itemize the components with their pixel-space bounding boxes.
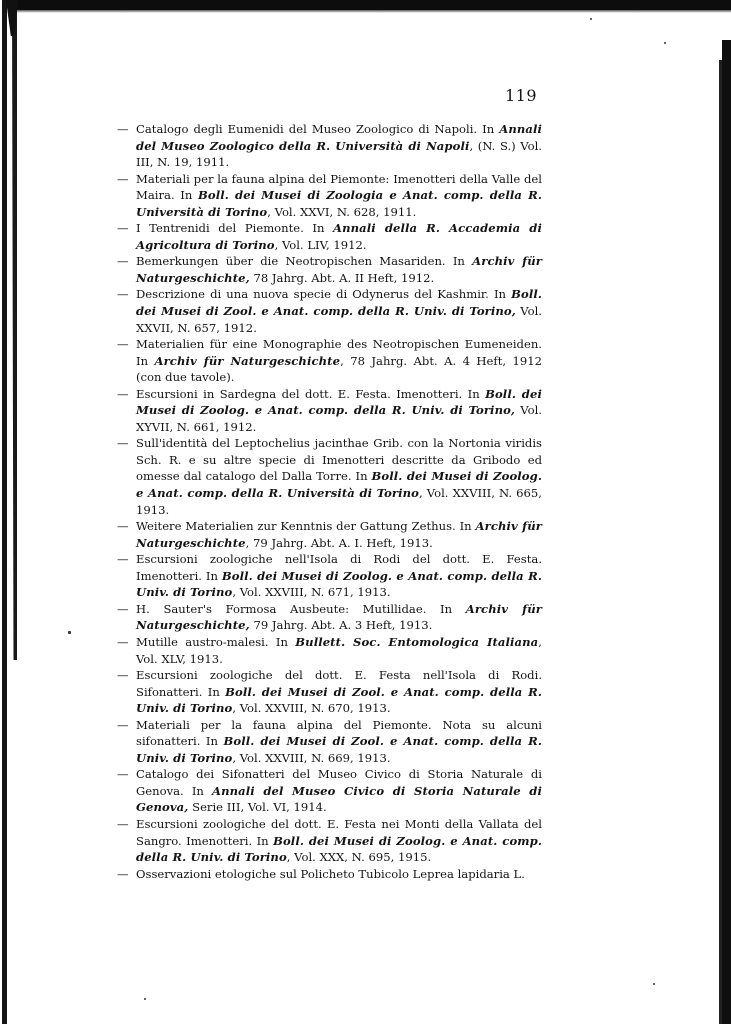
bibliography-entry: —Mutille austro-malesi. In Bullett. Soc.… [117, 634, 542, 667]
entry-text: , Vol. XXVIII, N. 671, 1913. [232, 585, 390, 599]
entry-text: Weitere Materialien zur Kenntnis der Gat… [136, 519, 476, 533]
entry-text: Serie III, Vol. VI, 1914. [188, 800, 326, 814]
entry-text: H. Sauter's Formosa Ausbeute: Mutillidae… [136, 602, 466, 616]
entry-text: Bemerkungen über die Neotropischen Masar… [136, 254, 472, 268]
bibliography-entry: —I Tentrenidi del Piemonte. In Annali de… [117, 220, 542, 253]
bibliography-entry: —Weitere Materialien zur Kenntnis der Ga… [117, 518, 542, 551]
entry-dash: — [117, 286, 129, 303]
entry-text: Descrizione di una nuova specie di Odyne… [136, 287, 511, 301]
entry-dash: — [117, 766, 129, 783]
entry-text: Mutille austro-malesi. In [136, 635, 295, 649]
entry-text: , Vol. XXVIII, N. 670, 1913. [232, 701, 390, 715]
page-number: 119 [505, 86, 537, 105]
entry-dash: — [117, 717, 129, 734]
bibliography-entry: —Escursioni zoologiche del dott. E. Fest… [117, 816, 542, 866]
bibliography-entry: —Materialien für eine Monographie des Ne… [117, 336, 542, 386]
entry-text: 79 Jahrg. Abt. A. 3 Heft, 1913. [250, 618, 433, 632]
entry-text: Catalogo degli Eumenidi del Museo Zoolog… [136, 122, 499, 136]
entry-dash: — [117, 121, 129, 138]
bibliography-entry: —Materiali per la fauna alpina del Piemo… [117, 717, 542, 767]
entry-dash: — [117, 634, 129, 651]
bibliography-entry: —H. Sauter's Formosa Ausbeute: Mutillida… [117, 601, 542, 634]
bibliography-entry: —Materiali per la fauna alpina del Piemo… [117, 171, 542, 221]
scan-border-left-inner [12, 0, 17, 660]
scan-border-right-thick [722, 40, 731, 1024]
entry-text: Escursioni in Sardegna del dott. E. Fest… [136, 387, 485, 401]
entry-dash: — [117, 220, 129, 237]
entry-dash: — [117, 601, 129, 618]
publication-title: Archiv für Naturgeschichte [155, 354, 341, 368]
bibliography-entry: —Osservazioni etologiche sul Policheto T… [117, 866, 542, 883]
entry-text: I Tentrenidi del Piemonte. In [136, 221, 333, 235]
entry-dash: — [117, 386, 129, 403]
entry-text: , Vol. XXVI, N. 628, 1911. [267, 205, 416, 219]
scan-border-top-shadow [10, 10, 731, 13]
entry-dash: — [117, 866, 129, 883]
scan-border-left-outer [2, 0, 7, 1024]
scan-speck [664, 42, 666, 44]
entry-text: 78 Jahrg. Abt. A. II Heft, 1912. [250, 271, 434, 285]
bibliography-entry: —Descrizione di una nuova specie di Odyn… [117, 286, 542, 336]
bibliography-entry: —Escursioni zoologiche del dott. E. Fest… [117, 667, 542, 717]
entry-dash: — [117, 435, 129, 452]
scan-speck [144, 998, 146, 1000]
entry-text: , Vol. XXX, N. 695, 1915. [287, 850, 431, 864]
bibliography-entry: —Escursioni zoologiche nell'Isola di Rod… [117, 551, 542, 601]
entry-dash: — [117, 336, 129, 353]
scan-border-top [10, 0, 731, 10]
bibliography-entry: —Escursioni in Sardegna del dott. E. Fes… [117, 386, 542, 436]
scan-speck [590, 18, 592, 20]
entry-dash: — [117, 518, 129, 535]
bibliography-entry: —Catalogo dei Sifonatteri del Museo Civi… [117, 766, 542, 816]
entry-dash: — [117, 816, 129, 833]
entry-dash: — [117, 667, 129, 684]
entry-dash: — [117, 171, 129, 188]
entry-text: , Vol. XXVIII, N. 669, 1913. [232, 751, 390, 765]
entry-text: , Vol. LIV, 1912. [275, 238, 367, 252]
scan-speck [653, 983, 655, 985]
bibliography-list: —Catalogo degli Eumenidi del Museo Zoolo… [117, 121, 542, 882]
bibliography-entry: —Catalogo degli Eumenidi del Museo Zoolo… [117, 121, 542, 171]
bibliography-entry: —Sull'identità del Leptochelius jacintha… [117, 435, 542, 518]
publication-title: Bullett. Soc. Entomologica Italiana [295, 635, 538, 649]
scan-speck [68, 631, 71, 634]
entry-dash: — [117, 253, 129, 270]
entry-text: , 79 Jahrg. Abt. A. I. Heft, 1913. [246, 536, 433, 550]
entry-text: Osservazioni etologiche sul Policheto Tu… [136, 867, 525, 881]
bibliography-entry: —Bemerkungen über die Neotropischen Masa… [117, 253, 542, 286]
entry-dash: — [117, 551, 129, 568]
